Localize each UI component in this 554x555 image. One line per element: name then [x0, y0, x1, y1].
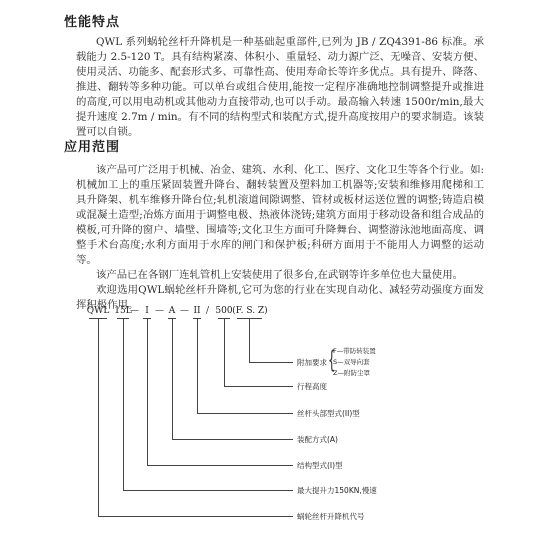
option-z: Z—附防尘罩: [333, 368, 370, 377]
application-text-1: 该产品可广泛用于机械、冶金、建筑、水利、化工、医疗、文化卫生等各个行业。如:机械…: [76, 163, 484, 268]
option-s: S—双导向套: [333, 357, 370, 366]
code-part-i: I: [145, 306, 149, 316]
label-structure-type: 结构型式(I)型: [297, 460, 343, 471]
label-screw-head-type: 丝杆头部型式(II)型: [297, 408, 360, 419]
leader-line: [123, 318, 124, 490]
label-product-code: 蜗轮丝杆升降机代号: [297, 511, 365, 522]
leader-line: [224, 318, 225, 386]
label-assembly-type: 装配方式(A): [297, 434, 338, 445]
leader-line: [147, 318, 148, 465]
label-additional-requirements: 附加要求: [297, 357, 327, 368]
code-separator: /: [206, 306, 209, 316]
performance-text: QWL 系列蜗轮丝杆升降机是一种基础起重部件,已列为 JB / ZQ4391-8…: [76, 35, 484, 140]
leader-line: [249, 362, 293, 363]
code-part-fsz: (F. S. Z): [232, 306, 267, 316]
leader-line: [172, 318, 173, 439]
code-part-a: A: [169, 306, 176, 316]
application-text-2: 该产品已在各钢厂连轧管机上安装使用了很多台,在武钢等许多单位也大量使用。: [76, 268, 484, 283]
leader-line: [98, 516, 293, 517]
label-stroke-height: 行程高度: [297, 381, 327, 392]
code-part-500: 500: [215, 306, 232, 316]
code-separator: —: [155, 306, 164, 316]
leader-line: [224, 386, 293, 387]
heading-performance: 性能特点: [64, 11, 120, 30]
label-max-lift-force: 最大提升力150KN,慢速: [297, 485, 377, 496]
code-separator: —: [130, 306, 139, 316]
code-part-ii: II: [193, 306, 200, 316]
heading-application: 应用范围: [64, 136, 120, 155]
application-paragraphs: 该产品可广泛用于机械、冶金、建筑、水利、化工、医疗、文化卫生等各个行业。如:机械…: [76, 163, 484, 313]
leader-line: [147, 465, 293, 466]
leader-line: [197, 413, 293, 414]
leader-line: [172, 439, 293, 440]
leader-line: [98, 318, 99, 516]
option-f: F—带防转装置: [333, 346, 376, 355]
performance-paragraph: QWL 系列蜗轮丝杆升降机是一种基础起重部件,已列为 JB / ZQ4391-8…: [76, 35, 484, 140]
leader-line: [197, 318, 198, 413]
leader-line: [249, 318, 250, 362]
code-separator: —: [180, 306, 189, 316]
code-part-qwl: QWL: [87, 306, 110, 316]
leader-line: [123, 490, 293, 491]
